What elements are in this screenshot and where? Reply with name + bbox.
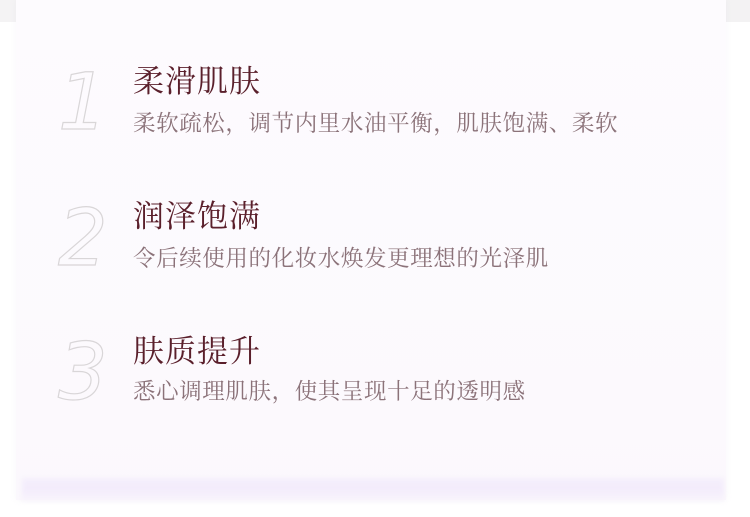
feature-title-3: 肤质提升 [133,334,261,370]
corner-shade-right [724,0,750,22]
feature-title-2: 润泽饱满 [133,199,261,235]
feature-title-1: 柔滑肌肤 [133,64,261,100]
feature-description-2: 令后续使用的化妆水焕发更理想的光泽肌 [133,244,549,274]
feature-description-1: 柔软疏松，调节内里水油平衡，肌肤饱满、柔软 [133,109,618,139]
feature-number-3: 3 [58,334,108,412]
feature-description-3: 悉心调理肌肤，使其呈现十足的透明感 [133,377,526,407]
bottom-lavender-band [22,478,724,502]
feature-number-2: 2 [58,200,108,278]
feature-number-1: 1 [58,64,108,142]
